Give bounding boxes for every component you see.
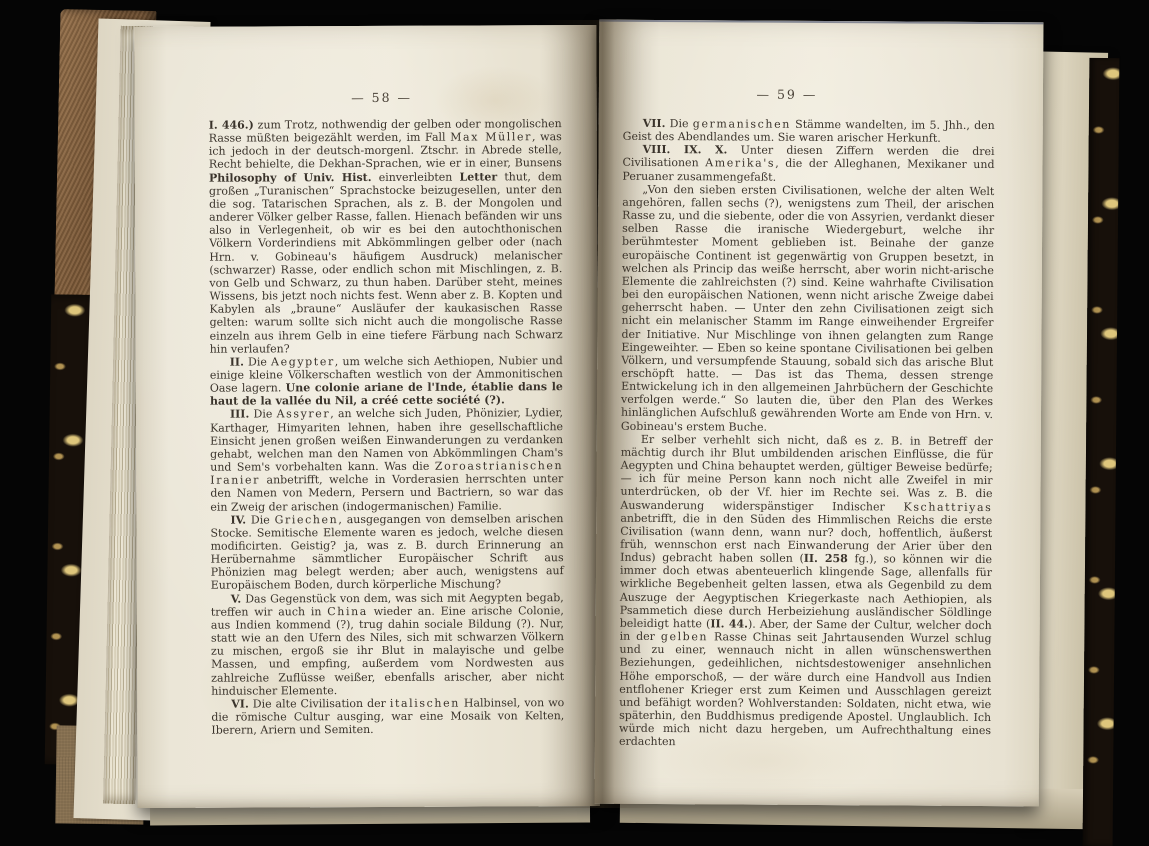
text-segment: Aegypter [271, 355, 335, 368]
page-59: — 59 — VII. Die germanischen Stämme wand… [595, 20, 1044, 807]
page-58: — 58 — I. 446.) zum Trotz, nothwendig de… [134, 25, 599, 808]
paragraph: IV. Die Griechen, ausgegangen von demsel… [210, 512, 563, 592]
text-segment: VIII. IX. X. [643, 143, 728, 157]
text-segment: germanischen [693, 117, 791, 131]
text-segment: Kschattriyas [903, 500, 992, 514]
text-segment: wieder an. Eine arische Colonie, aus Ind… [211, 604, 564, 697]
text-segment: Die [665, 117, 692, 130]
text-segment: Philosophy of Univ. Hist. [209, 171, 372, 185]
paragraph: VI. Die alte Civilisation der italischen… [211, 696, 564, 737]
text-segment: Letter [459, 170, 497, 183]
text-segment: VII. [643, 117, 666, 130]
text-segment: „Von den sieben ersten Civilisationen, w… [621, 183, 995, 434]
paragraph: I. 446.) zum Trotz, nothwendig der gelbe… [209, 117, 563, 355]
paragraph: V. Das Gegenstück von dem, was sich mit … [211, 591, 564, 698]
page-number-right: — 59 — [601, 86, 973, 103]
text-segment: Rasse Chinas seit Jahrtausenden Wurzel s… [619, 630, 992, 748]
page-number-left: — 58 — [205, 89, 559, 106]
paragraph: „Von den sieben ersten Civilisationen, w… [621, 183, 995, 435]
text-segment: italischen [390, 696, 460, 709]
text-segment: II. [230, 355, 244, 368]
text-segment: Griechen [275, 513, 339, 526]
paragraph: III. Die Assyrer, an welche sich Juden, … [210, 407, 563, 514]
text-segment: China [327, 605, 368, 618]
text-segment: III. [230, 408, 249, 421]
text-segment: VI. [231, 697, 249, 710]
text-segment: V. [231, 592, 242, 605]
text-segment: Die alte Civilisation der [249, 697, 390, 711]
text-segment: IV. [230, 513, 246, 526]
paragraph: II. Die Aegypter, um welche sich Aethiop… [210, 354, 563, 408]
text-segment: Die [244, 355, 271, 368]
text-segment: Amerika's [705, 157, 775, 170]
text-block-right: VII. Die germanischen Stämme wandelten, … [619, 117, 995, 807]
text-segment: Die [249, 408, 276, 421]
book-scan: — 58 — I. 446.) zum Trotz, nothwendig de… [0, 0, 1149, 846]
text-segment: gelben [661, 630, 708, 643]
text-segment: thut, dem großen „Turanischen“ Sprachsto… [209, 170, 563, 356]
text-segment: anbetrifft, welche in Vorderasien herrsc… [210, 472, 563, 513]
paragraph: Er selber verhehlt sich nicht, daß es z.… [619, 433, 993, 751]
paragraph: VII. Die germanischen Stämme wandelten, … [623, 117, 995, 146]
text-segment: einverleibten [372, 170, 460, 183]
text-segment: I. 446.) [209, 118, 254, 131]
text-segment: Die [246, 513, 275, 526]
text-segment: II. 258 [804, 552, 848, 565]
paragraph: VIII. IX. X. Unter diesen Ziffern werden… [622, 143, 994, 185]
text-segment: Assyrer [277, 408, 331, 421]
text-segment: II. 44. [710, 617, 748, 630]
book-cover-marbled-right [1083, 58, 1120, 846]
text-segment: Max Müller [450, 130, 532, 143]
text-block-left: I. 446.) zum Trotz, nothwendig der gelbe… [209, 117, 565, 808]
